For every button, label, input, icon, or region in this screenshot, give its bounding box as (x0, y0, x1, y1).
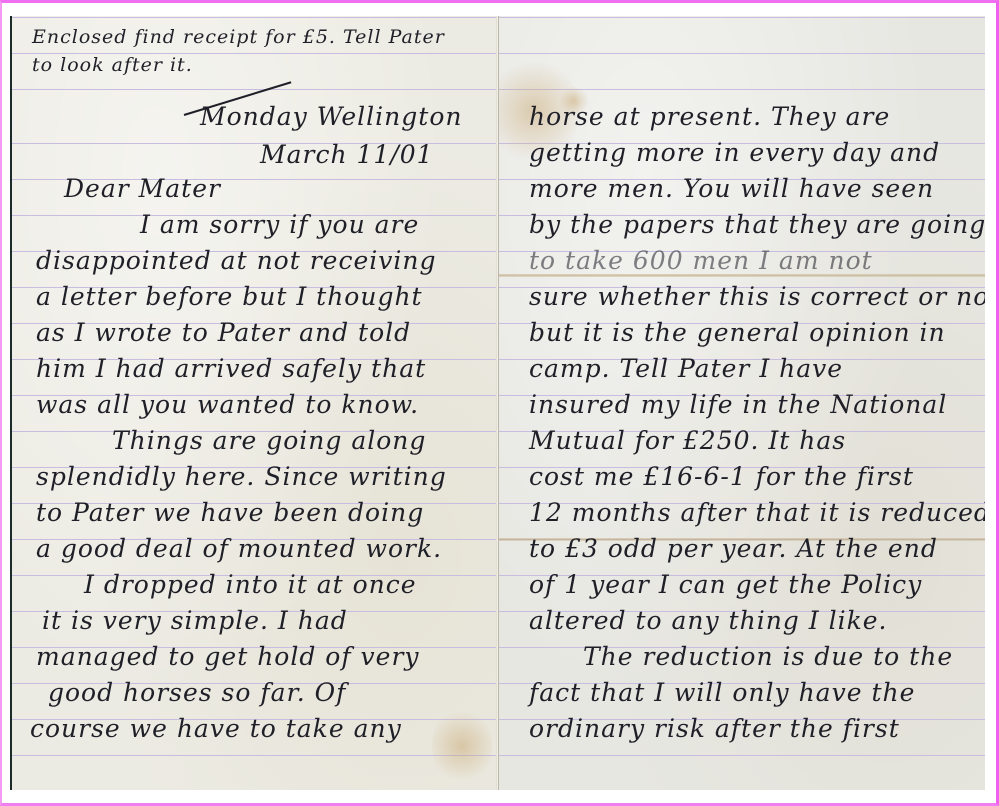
letter-line: horse at present. They are (529, 102, 890, 131)
letter-line: sure whether this is correct or not (529, 282, 985, 311)
letter-line: 12 months after that it is reduced (529, 498, 985, 527)
letter-line: cost me £16-6-1 for the first (529, 462, 914, 491)
letter-line: good horses so far. Of (48, 678, 346, 707)
letter-line: a letter before but I thought (36, 282, 423, 311)
letter-line: to Pater we have been doing (36, 498, 424, 527)
letter-line: him I had arrived safely that (36, 354, 426, 383)
postscript-line-2: to look after it. (32, 54, 193, 76)
letter-line: altered to any thing I like. (529, 606, 887, 635)
postscript-line-1: Enclosed find receipt for £5. Tell Pater (32, 26, 445, 48)
letter-line: fact that I will only have the (529, 678, 915, 707)
letter-line: camp. Tell Pater I have (529, 354, 843, 383)
letter-line: The reduction is due to the (583, 642, 953, 671)
letter-line: of 1 year I can get the Policy (529, 570, 922, 599)
letter-line: a good deal of mounted work. (36, 534, 442, 563)
letter-line: insured my life in the National (529, 390, 947, 419)
letter-line: splendidly here. Since writing (36, 462, 447, 491)
paper-stain (432, 706, 492, 786)
letter-line: managed to get hold of very (36, 642, 420, 671)
letter-line: I dropped into it at once (84, 570, 417, 599)
letter-line: disappointed at not receiving (36, 246, 436, 275)
letter-line: I am sorry if you are (140, 210, 419, 239)
letter-line: as I wrote to Pater and told (36, 318, 411, 347)
letter-heading-date: March 11/01 (260, 140, 434, 169)
letter-line: getting more in every day and (529, 138, 940, 167)
letter-heading-place: Monday Wellington (200, 102, 462, 131)
letter-line: ordinary risk after the first (529, 714, 900, 743)
letter-line-faded: to take 600 men I am not (529, 246, 873, 275)
letter-line: to £3 odd per year. At the end (529, 534, 938, 563)
letter-line: but it is the general opinion in (529, 318, 946, 347)
letter-line: it is very simple. I had (42, 606, 348, 635)
letter-line: Things are going along (112, 426, 426, 455)
letter-line: course we have to take any (30, 714, 402, 743)
letter-line: was all you wanted to know. (36, 390, 419, 419)
letter-line: Mutual for £250. It has (529, 426, 846, 455)
letter-page-right: horse at present. They are getting more … (498, 16, 985, 790)
letter-page-left: Enclosed find receipt for £5. Tell Pater… (10, 16, 498, 790)
letter-line: by the papers that they are going (529, 210, 985, 239)
letter-line: more men. You will have seen (529, 174, 934, 203)
salutation: Dear Mater (64, 174, 221, 203)
